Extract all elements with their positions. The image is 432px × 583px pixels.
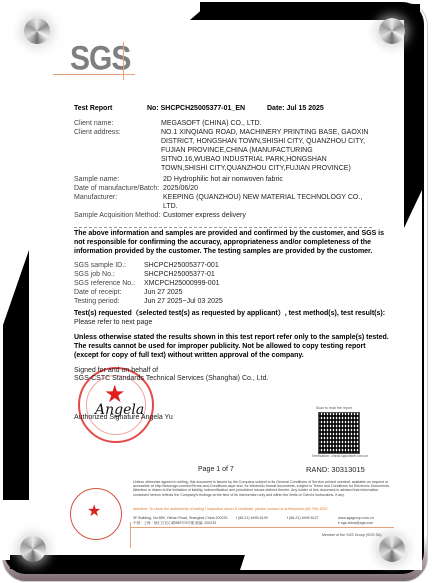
report-date: Date: Jul 15 2025: [267, 105, 324, 113]
footer-seal-star-icon: ★: [87, 501, 101, 521]
sgs-group-member: Member of the SGS Group (SGS SA): [322, 533, 402, 537]
client-address-line: DISTRICT, HONGSHAN TOWN,SHISHI CITY, QUA…: [161, 138, 365, 146]
client-address-line: FUJIAN PROVINCE,CHINA (MANUFACTURING: [161, 147, 313, 155]
disclaimer-line: The above information and samples are pr…: [74, 230, 384, 238]
sgs-info-value: XMCPCH25000999-001: [144, 280, 220, 288]
signing-company: SGS-CSTC Standards Technical Services (S…: [74, 375, 268, 383]
report-number: No: SHCPCH25005377-01_EN: [147, 105, 245, 113]
tests-note: Please refer to next page: [74, 319, 152, 327]
sgs-info-label: SGS reference No.:: [74, 280, 135, 288]
section-divider: [74, 227, 372, 228]
tests-heading: Test(s) requested（selected test(s) as re…: [74, 310, 385, 318]
disclaimer-line: information provided by the customer. Th…: [74, 248, 372, 256]
client-address-line: TOWN,SHISHI CITY,QUANZHOU CITY,FUJIAN PR…: [161, 165, 351, 173]
manufacturer-label: Manufacturer:: [74, 194, 117, 202]
sgs-info-value: SHCPCH25005377-01: [144, 271, 215, 279]
sgs-logo: SGS: [70, 39, 130, 78]
logo-accent-line-vertical: [123, 42, 124, 80]
manufacturer-line: KEEPING (QUANZHOU) NEW MATERIAL TECHNOLO…: [163, 194, 362, 202]
disclaimer-line: not responsible for confirming the accur…: [74, 239, 371, 247]
footer-accent-line-vertical: [130, 522, 131, 548]
footer-red-seal: ★: [70, 488, 122, 540]
sgs-info-label: Testing period:: [74, 298, 120, 306]
standoff-top-right-icon: [379, 18, 405, 44]
sgs-info-value: Jun 27 2025: [144, 289, 183, 297]
manufacture-date: 2025/06/20: [163, 185, 198, 193]
notice-line: (except for copy of full text) without w…: [74, 352, 304, 360]
qr-caption-bottom: Verification: check.sgsonline.com.cn: [312, 454, 368, 458]
footer-address-cn: 中国 · 上海 · 徐汇区宜山路889号3号楼 邮编: 200233: [133, 521, 243, 525]
acquisition-method-label: Sample Acquisition Method:: [74, 212, 160, 220]
notice-line: Unless otherwise stated the results show…: [74, 334, 389, 342]
footer-attention: Attention: To check the authenticity of …: [133, 507, 393, 511]
notice-line: The results cannot be used for improper …: [74, 343, 366, 351]
client-name-label: Client name:: [74, 120, 113, 128]
report-title: Test Report: [74, 105, 112, 113]
acquisition-method: Customer express delivery: [163, 212, 246, 220]
verification-qr-code[interactable]: [318, 412, 360, 454]
footer-website[interactable]: www.sgsgroup.com.cn: [338, 516, 394, 520]
sgs-info-label: SGS sample ID.:: [74, 262, 126, 270]
rand-code: RAND: 30313015: [306, 466, 365, 474]
qr-caption-top: Scan to read the report: [316, 406, 352, 410]
sgs-info-label: Date of receipt:: [74, 289, 121, 297]
sgs-info-value: Jun 27 2025~Jul 03 2025: [144, 298, 223, 306]
standoff-top-left-icon: [24, 18, 50, 44]
client-address-line: SITNO.16,WUBAO INDUSTRIAL PARK,HONGSHAN: [161, 156, 327, 164]
footer-accent-line: [130, 527, 394, 528]
standoff-bottom-right-icon: [379, 536, 405, 562]
sgs-info-value: SHCPCH25005377-001: [144, 262, 219, 270]
frame-glare-top: [0, 0, 200, 18]
footer-fine-print: Unless otherwise agreed in writing, this…: [133, 480, 393, 506]
authorized-signature: Authorized Signature Angela Yu: [74, 414, 173, 422]
sgs-info-label: SGS job No.:: [74, 271, 115, 279]
footer-fax: f (86-21) 6495 6127: [287, 516, 337, 520]
footer-address-en: 3F Building, No.889, Yishan Road, Shangh…: [133, 516, 243, 520]
footer-telephone: t (86-21) 6495 6199: [236, 516, 286, 520]
client-address-line: NO.1 XINQIANG ROAD, MACHINERY PRINTING B…: [161, 129, 368, 137]
frame-glare-right: [404, 190, 422, 570]
sample-name-label: Sample name:: [74, 176, 119, 184]
client-name: MEGASOFT (CHINA) CO., LTD.: [161, 120, 261, 128]
sample-name: 2D Hydrophilic hot air nonwoven fabric: [163, 176, 283, 184]
page-number: Page 1 of 7: [198, 466, 234, 474]
frame-shadow-top: [190, 4, 420, 20]
manufacturer-line: LTD.: [163, 203, 178, 211]
client-address-label: Client address:: [74, 129, 121, 137]
manufacture-date-label: Date of manufacture/Batch:: [74, 185, 159, 193]
standoff-bottom-left-icon: [20, 536, 46, 562]
footer-email[interactable]: e sgs.china@sgs.com: [338, 521, 394, 525]
